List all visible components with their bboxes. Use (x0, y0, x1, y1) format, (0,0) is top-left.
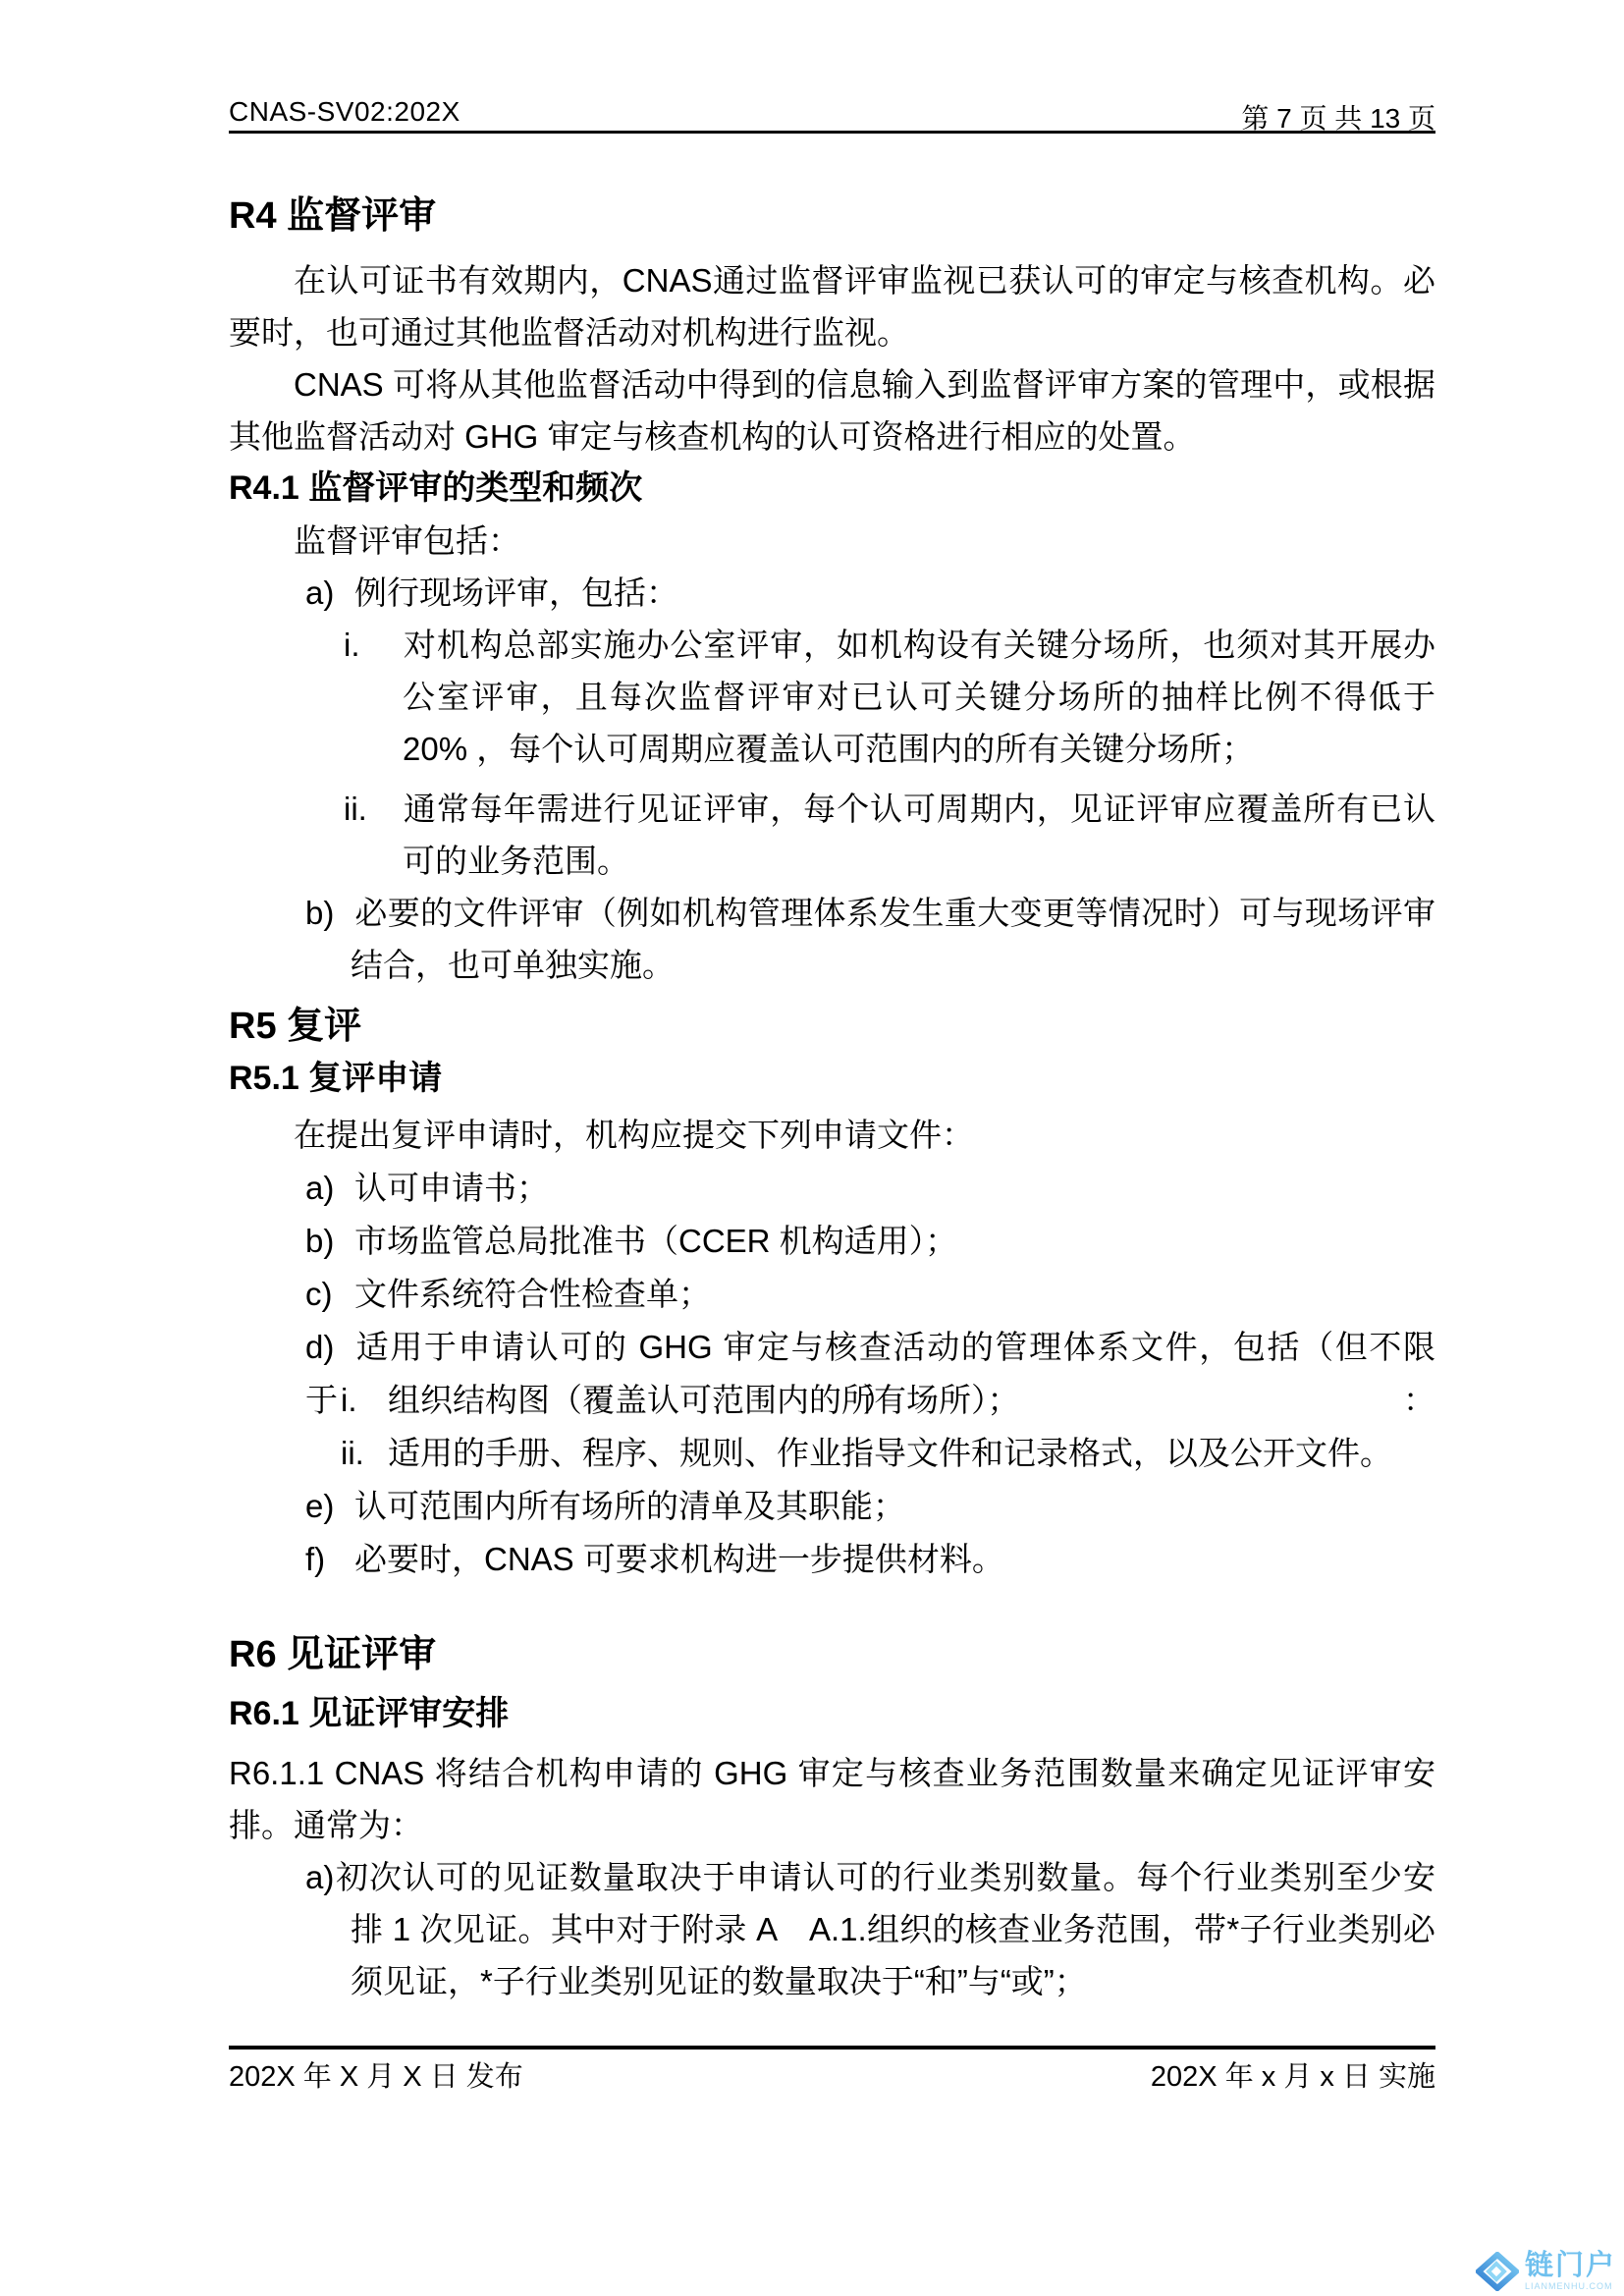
list-item: f)必要时，CNAS 可要求机构进一步提供材料。 (229, 1533, 1435, 1586)
line-text: 例行现场评审，包括： (354, 574, 678, 611)
sublist-item: ii.通常每年需进行见证评审，每个认可周期内，见证评审应覆盖所有已认 (229, 783, 1435, 835)
list-marker: f) (305, 1533, 354, 1586)
line-text: R6.1 见证评审安排 (229, 1695, 509, 1732)
footer-rule (229, 2046, 1435, 2050)
list-marker: a) (305, 1851, 335, 1903)
list-marker: ii. (341, 1427, 388, 1480)
sublist-item: i.对机构总部实施办公室评审，如机构设有关键分场所，也须对其开展办 (229, 619, 1435, 671)
line-text: 市场监管总局批准书（CCER 机构适用）； (354, 1223, 957, 1259)
line-text: 监督评审包括： (294, 522, 520, 559)
sublist-item: ii.适用的手册、程序、规则、作业指导文件和记录格式，以及公开文件。 (229, 1427, 1435, 1480)
line-text: 公室评审，且每次监督评审对已认可关键分场所的抽样比例不得低于 (403, 679, 1435, 715)
line-text: R4.1 监督评审的类型和频次 (229, 469, 642, 507)
list-marker: i. (344, 619, 403, 671)
subsection-heading-r5-1: R5.1 复评申请 (229, 1053, 1435, 1105)
line-text: R5.1 复评申请 (229, 1060, 442, 1097)
line-text: 认可范围内所有场所的清单及其职能； (354, 1488, 905, 1524)
paragraph-line: CNAS 可将从其他监督活动中得到的信息输入到监督评审方案的管理中，或根据 (229, 358, 1435, 410)
list-marker: ii. (344, 783, 403, 835)
line-text: 须见证，*子行业类别见证的数量取决于“和”与“或”； (351, 1963, 1087, 1999)
line-text: CNAS 可将从其他监督活动中得到的信息输入到监督评审方案的管理中，或根据 (294, 366, 1435, 403)
subsection-heading-r4-1: R4.1 监督评审的类型和频次 (229, 463, 1435, 515)
list-marker: a) (305, 1162, 354, 1215)
list-item-continuation: 排 1 次见证。其中对于附录 A A.1.组织的核查业务范围，带*子行业类别必 (229, 1903, 1435, 1955)
list-marker: a) (305, 567, 354, 619)
line-text: 适用的手册、程序、规则、作业指导文件和记录格式，以及公开文件。 (388, 1435, 1392, 1471)
watermark-site: LIANMENHU.COM (1525, 2282, 1616, 2291)
paragraph-line: 要时，也可通过其他监督活动对机构进行监视。 (229, 306, 1435, 358)
paragraph-line: 监督评审包括： (229, 515, 1435, 567)
sublist-item-continuation: 20% ，每个认可周期应覆盖认可范围内的所有关键分场所； (229, 723, 1435, 775)
list-item-continuation: 结合，也可单独实施。 (229, 939, 1435, 991)
line-text: R6.1.1 CNAS 将结合机构申请的 GHG 审定与核查业务范围数量来确定见… (229, 1755, 1435, 1791)
list-marker: i. (341, 1374, 388, 1427)
line-text: 排。通常为： (229, 1807, 423, 1843)
line-text: 排 1 次见证。其中对于附录 A A.1.组织的核查业务范围，带*子行业类别必 (351, 1911, 1435, 1947)
line-text: 其他监督活动对 GHG 审定与核查机构的认可资格进行相应的处置。 (229, 418, 1196, 455)
watermark: 链门户 LIANMENHU.COM (1476, 2252, 1616, 2291)
list-item: b)必要的文件评审（例如机构管理体系发生重大变更等情况时）可与现场评审 (229, 887, 1435, 939)
watermark-diamond-logo-icon (1476, 2252, 1519, 2291)
sublist-item: i.组织结构图（覆盖认可范围内的所有场所）； (229, 1374, 1435, 1427)
line-text: 可的业务范围。 (403, 843, 629, 879)
list-item: e)认可范围内所有场所的清单及其职能； (229, 1480, 1435, 1533)
paragraph-line: 排。通常为： (229, 1799, 1435, 1851)
line-text: 结合，也可单独实施。 (351, 947, 675, 983)
paragraph-line: R6.1.1 CNAS 将结合机构申请的 GHG 审定与核查业务范围数量来确定见… (229, 1747, 1435, 1799)
sublist-item-continuation: 公室评审，且每次监督评审对已认可关键分场所的抽样比例不得低于 (229, 671, 1435, 723)
list-item: a)认可申请书； (229, 1162, 1435, 1215)
list-item: a)例行现场评审，包括： (229, 567, 1435, 619)
section-heading-r5: R5 复评 (229, 1001, 1435, 1053)
section-heading-r4: R4 监督评审 (229, 191, 1435, 243)
header-rule (229, 131, 1435, 134)
list-marker: b) (305, 887, 354, 939)
list-marker: d) (305, 1321, 354, 1374)
line-text: 通常每年需进行见证评审，每个认可周期内，见证评审应覆盖所有已认 (403, 791, 1435, 827)
line-text: 必要的文件评审（例如机构管理体系发生重大变更等情况时）可与现场评审 (354, 895, 1435, 931)
line-text: 必要时，CNAS 可要求机构进一步提供材料。 (354, 1541, 1004, 1577)
footer-implement-date: 202X 年 x 月 x 日 实施 (1151, 2054, 1435, 2095)
header-doc-code: CNAS-SV02:202X (229, 96, 460, 128)
line-text: R5 复评 (229, 1006, 361, 1047)
line-text: R6 见证评审 (229, 1634, 436, 1675)
list-marker: c) (305, 1268, 354, 1321)
list-item: a)初次认可的见证数量取决于申请认可的行业类别数量。每个行业类别至少安 (229, 1851, 1435, 1903)
list-marker: e) (305, 1480, 354, 1533)
line-text: 在认可证书有效期内，CNAS通过监督评审监视已获认可的审定与核查机构。必 (294, 262, 1435, 299)
list-item: d)适用于申请认可的 GHG 审定与核查活动的管理体系文件，包括（但不限于）： (229, 1321, 1435, 1374)
line-text: 认可申请书； (354, 1170, 549, 1206)
section-heading-r6: R6 见证评审 (229, 1629, 1435, 1681)
line-text: R4 监督评审 (229, 195, 436, 237)
sublist-item-continuation: 可的业务范围。 (229, 835, 1435, 887)
document-body: R4 监督评审在认可证书有效期内，CNAS通过监督评审监视已获认可的审定与核查机… (229, 191, 1435, 2007)
list-item: b)市场监管总局批准书（CCER 机构适用）； (229, 1215, 1435, 1268)
list-item: c)文件系统符合性检查单； (229, 1268, 1435, 1321)
line-text: 20% ，每个认可周期应覆盖认可范围内的所有关键分场所； (403, 731, 1254, 767)
line-text: 初次认可的见证数量取决于申请认可的行业类别数量。每个行业类别至少安 (335, 1859, 1435, 1895)
line-text: 要时，也可通过其他监督活动对机构进行监视。 (229, 314, 909, 351)
document-page: CNAS-SV02:202X 第 7 页 共 13 页 R4 监督评审在认可证书… (0, 0, 1624, 2296)
line-text: 组织结构图（覆盖认可范围内的所有场所）； (388, 1382, 1020, 1418)
footer-issue-date: 202X 年 X 月 X 日 发布 (229, 2054, 523, 2095)
list-item-continuation: 须见证，*子行业类别见证的数量取决于“和”与“或”； (229, 1955, 1435, 2007)
paragraph-line: 在提出复评申请时，机构应提交下列申请文件： (229, 1109, 1435, 1162)
line-text: 在提出复评申请时，机构应提交下列申请文件： (294, 1117, 974, 1153)
paragraph-line: 在认可证书有效期内，CNAS通过监督评审监视已获认可的审定与核查机构。必 (229, 254, 1435, 306)
paragraph-line: 其他监督活动对 GHG 审定与核查机构的认可资格进行相应的处置。 (229, 410, 1435, 463)
watermark-brand: 链门户 (1525, 2252, 1616, 2280)
subsection-heading-r6-1: R6.1 见证评审安排 (229, 1688, 1435, 1740)
list-marker: b) (305, 1215, 354, 1268)
line-text: 文件系统符合性检查单； (354, 1276, 711, 1312)
line-text: 对机构总部实施办公室评审，如机构设有关键分场所，也须对其开展办 (403, 627, 1435, 663)
